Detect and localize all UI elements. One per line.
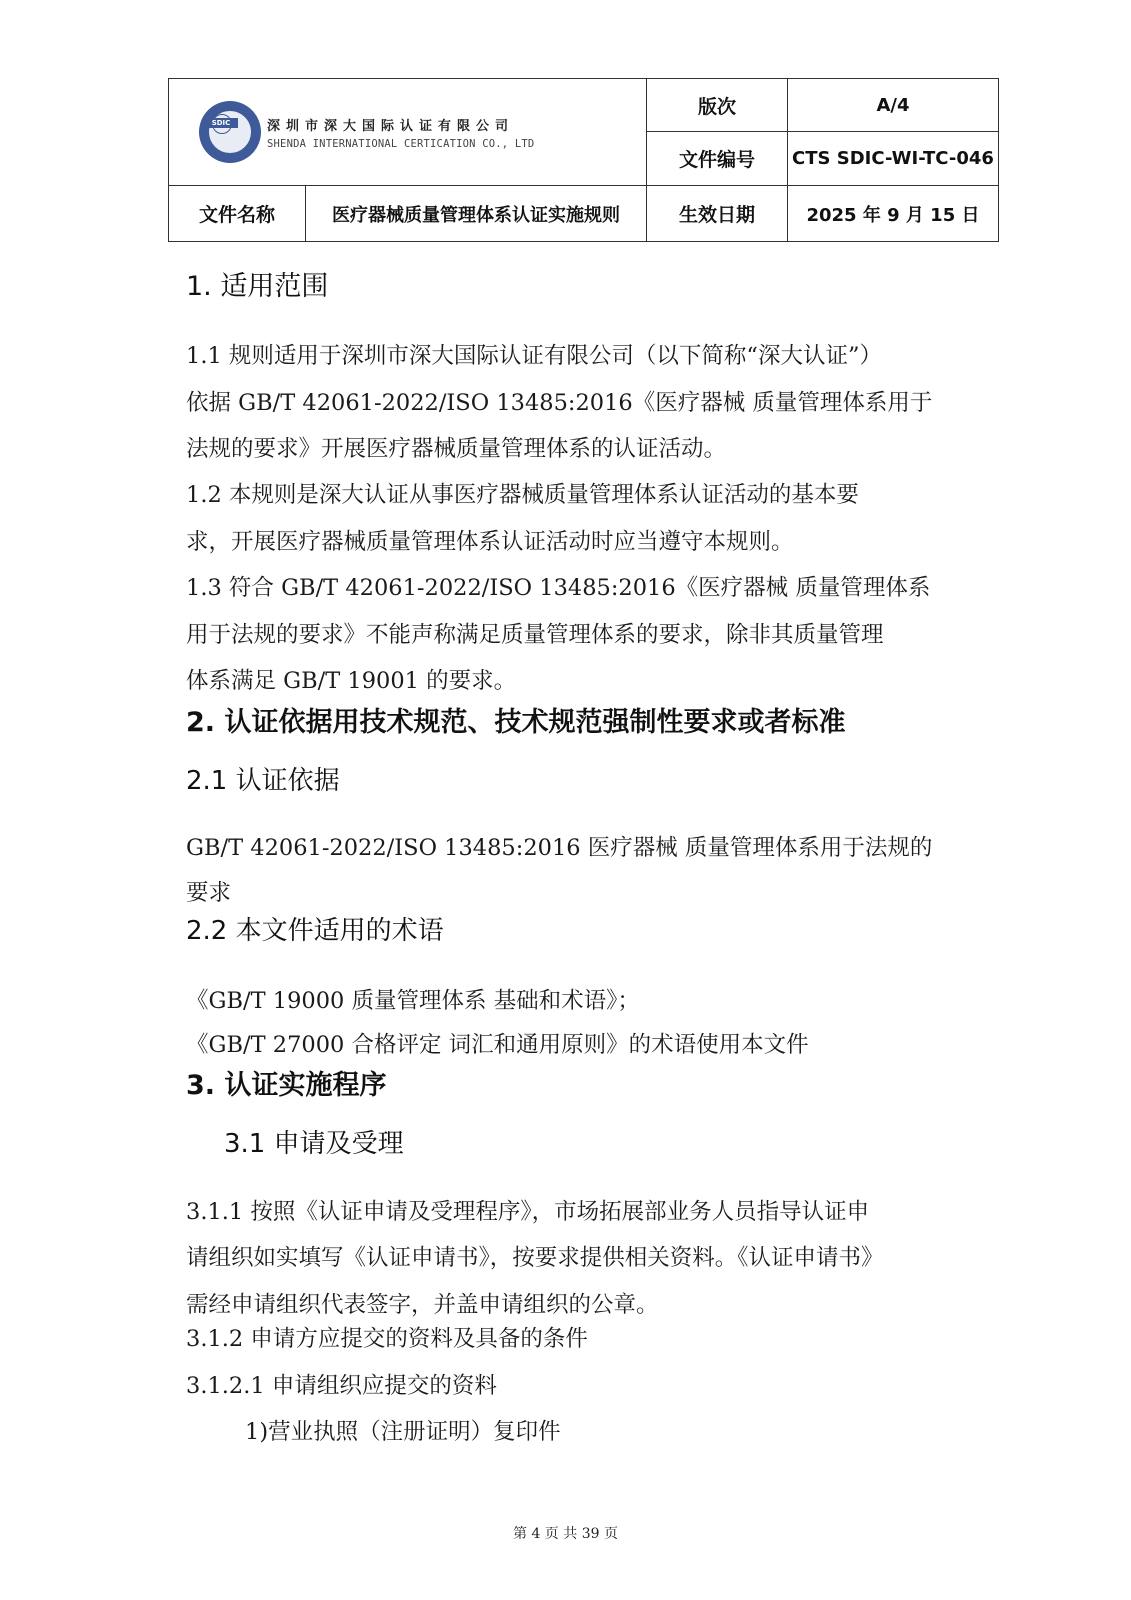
page-number: 第 4 页 共 39 页 [0,1523,1131,1543]
para-3-1-1-line-3: 需经申请组织代表签字，并盖申请组织的公章。 [186,1287,659,1319]
section-2-heading: 2. 认证依据用技术规范、技术规范强制性要求或者标准 [186,700,845,739]
para-1-3-line-2: 用于法规的要求》不能声称满足质量管理体系的要求，除非其质量管理 [186,617,884,649]
section-2-1-heading: 2.1 认证依据 [186,760,340,797]
doc-name-value: 医疗器械质量管理体系认证实施规则 [306,186,647,242]
term-ref-1: 《GB/T 19000 质量管理体系 基础和术语》； [186,983,640,1015]
para-1-1-line-1: 1.1 规则适用于深圳市深大国际认证有限公司（以下简称“深大认证”） [186,338,882,370]
document-page: SDIC 深圳市深大国际认证有限公司 SHENDA INTERNATIONAL … [0,0,1131,1600]
para-1-3-line-3: 体系满足 GB/T 19001 的要求。 [186,663,516,695]
para-1-2-line-1: 1.2 本规则是深大认证从事医疗器械质量管理体系认证活动的基本要 [186,477,859,509]
para-3-1-1-line-2: 请组织如实填写《认证申请书》，按要求提供相关资料。《认证申请书》 [186,1240,884,1272]
effective-date-label: 生效日期 [647,186,788,242]
para-3-1-2-1: 3.1.2.1 申请组织应提交的资料 [186,1368,497,1400]
doc-number-label: 文件编号 [647,132,788,186]
para-1-1-line-3: 法规的要求》开展医疗器械质量管理体系的认证活动。 [186,431,726,463]
section-3-1-heading: 3.1 申请及受理 [224,1123,404,1160]
effective-date-value: 2025 年 9 月 15 日 [788,186,999,242]
company-logo-icon: SDIC [199,101,261,163]
list-item-1: 1)营业执照（注册证明）复印件 [245,1414,561,1446]
para-1-2-line-2: 求，开展医疗器械质量管理体系认证活动时应当遵守本规则。 [186,524,794,556]
doc-number-value: CTS SDIC-WI-TC-046 [788,132,999,186]
para-1-3-line-1: 1.3 符合 GB/T 42061-2022/ISO 13485:2016《医疗… [186,570,930,602]
version-value: A/4 [788,79,999,132]
para-3-1-2: 3.1.2 申请方应提交的资料及具备的条件 [186,1321,588,1353]
term-ref-2: 《GB/T 27000 合格评定 词汇和通用原则》的术语使用本文件 [186,1027,809,1059]
para-1-1-line-2: 依据 GB/T 42061-2022/ISO 13485:2016《医疗器械 质… [186,385,932,417]
para-2-1-line-2: 要求 [186,875,231,907]
document-header-table: SDIC 深圳市深大国际认证有限公司 SHENDA INTERNATIONAL … [168,78,999,242]
section-1-heading: 1. 适用范围 [186,264,328,303]
company-name-cn: 深圳市深大国际认证有限公司 [267,115,534,134]
doc-name-label: 文件名称 [169,186,306,242]
para-3-1-1-line-1: 3.1.1 按照《认证申请及受理程序》，市场拓展部业务人员指导认证申 [186,1194,869,1226]
para-2-1-line-1: GB/T 42061-2022/ISO 13485:2016 医疗器械 质量管理… [186,830,932,862]
company-logo-cell: SDIC 深圳市深大国际认证有限公司 SHENDA INTERNATIONAL … [169,79,647,186]
version-label: 版次 [647,79,788,132]
section-3-heading: 3. 认证实施程序 [186,1063,386,1102]
section-2-2-heading: 2.2 本文件适用的术语 [186,910,444,947]
company-name-en: SHENDA INTERNATIONAL CERTICATION CO., LT… [267,138,534,150]
